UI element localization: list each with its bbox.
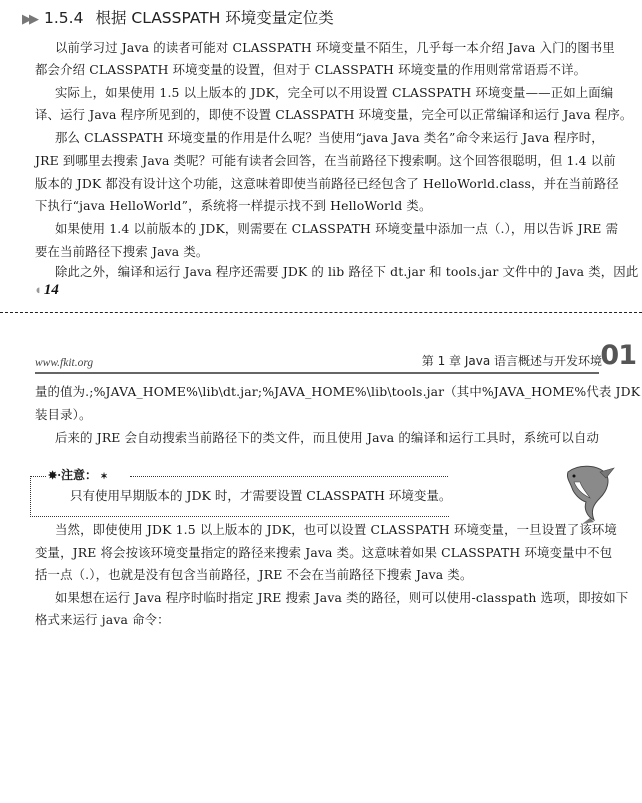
double-chevron-right-icon: ▶▶ <box>22 12 36 27</box>
text-line: 下执行“java HelloWorld”，系统将一样提示找不到 HelloWor… <box>35 196 432 214</box>
text-line: 如果想在运行 Java 程序时临时指定 JRE 搜索 Java 类的路径，则可以… <box>55 588 628 606</box>
running-header-chapter: 第 1 章 Java 语言概述与开发环境 <box>422 352 602 369</box>
section-title: 根据 CLASSPATH 环境变量定位类 <box>95 9 333 27</box>
text-line: 变量，JRE 将会按该环境变量指定的路径来搜索 Java 类。这意味着如果 CL… <box>35 543 612 561</box>
text-line: 格式来运行 java 命令： <box>35 610 170 628</box>
text-line: 除此之外，编译和运行 Java 程序还需要 JDK 的 lib 路径下 dt.j… <box>55 262 638 280</box>
sparkle-icon: ✸· <box>48 469 61 482</box>
section-number: 1.5.4 <box>44 9 83 27</box>
page-marker-icon: ◖ <box>34 282 42 297</box>
text-line: 译、运行 Java 程序所见到的，即使不设置 CLASSPATH 环境变量，完全… <box>35 105 632 123</box>
text-line: 实际上，如果使用 1.5 以上版本的 JDK，完全可以不用设置 CLASSPAT… <box>55 83 613 101</box>
text-line: 后来的 JRE 会自动搜索当前路径下的类文件，而且使用 Java 的编译和运行工… <box>55 428 599 446</box>
header-rule <box>35 372 599 374</box>
text-line: 以前学习过 Java 的读者可能对 CLASSPATH 环境变量不陌生，几乎每一… <box>55 38 615 56</box>
running-header-site: www.fkit.org <box>35 357 93 369</box>
text-line: 都会介绍 CLASSPATH 环境变量的设置，但对于 CLASSPATH 环境变… <box>35 60 586 78</box>
sparkle-icon: ✶ <box>97 472 108 482</box>
page-separator <box>0 312 642 313</box>
dolphin-mascot-icon <box>560 462 616 524</box>
section-heading: ▶▶1.5.4根据 CLASSPATH 环境变量定位类 <box>22 6 334 28</box>
note-text: 只有使用早期版本的 JDK 时，才需要设置 CLASSPATH 环境变量。 <box>70 486 451 504</box>
note-border-top <box>130 476 448 477</box>
text-line: 括一点（.），也就是没有包含当前路径，JRE 不会在当前路径下搜索 Java 类… <box>35 565 473 583</box>
chapter-number-badge: 01 <box>600 340 636 371</box>
page-number: ◖14 <box>34 282 59 299</box>
text-line: 当然，即使使用 JDK 1.5 以上版本的 JDK，也可以设置 CLASSPAT… <box>55 520 617 538</box>
text-line: 如果使用 1.4 以前版本的 JDK，则需要在 CLASSPATH 环境变量中添… <box>55 219 618 237</box>
text-line: JRE 到哪里去搜索 Java 类呢？可能有读者会回答，在当前路径下搜索啊。这个… <box>35 151 616 169</box>
text-line: 版本的 JDK 都没有设计这个功能，这意味着即使当前路径已经包含了 HelloW… <box>35 174 619 192</box>
note-title: ✸·注意： ✶ <box>48 466 108 483</box>
text-line: 装目录）。 <box>35 405 92 423</box>
text-line: 要在当前路径下搜索 Java 类。 <box>35 242 208 260</box>
note-border-top-left <box>30 476 46 477</box>
text-line: 那么 CLASSPATH 环境变量的作用是什么呢？当使用“java Java 类… <box>55 128 604 146</box>
text-line: 量的值为.;%JAVA_HOME%\lib\dt.jar;%JAVA_HOME%… <box>35 382 642 400</box>
